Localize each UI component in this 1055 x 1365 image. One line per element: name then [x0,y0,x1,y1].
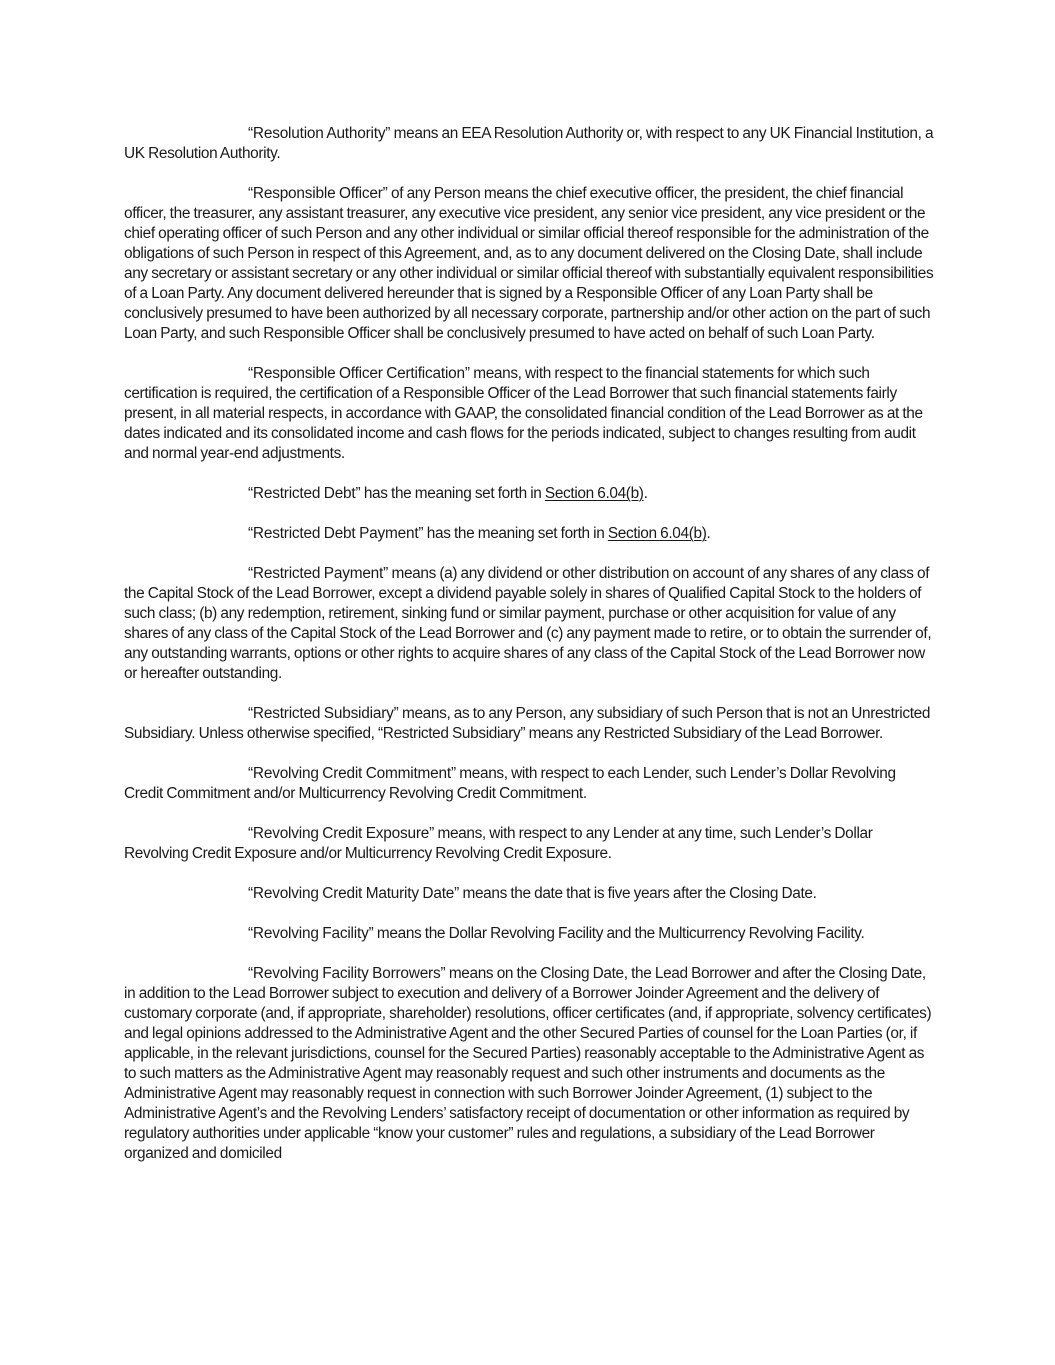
defined-term: “Revolving Facility” [248,925,374,942]
definition-text: has the meaning set forth in [423,525,608,542]
definition-text: means the date that is five years after … [459,885,816,902]
definition-revolving-credit-maturity-date: “Revolving Credit Maturity Date” means t… [124,884,934,904]
definition-resolution-authority: “Resolution Authority” means an EEA Reso… [124,124,934,164]
definition-text: means, with respect to each Lender, such… [124,765,896,802]
definition-text: means an EEA Resolution Authority or, wi… [124,125,933,162]
definition-text: means, with respect to any Lender at any… [124,825,873,862]
definition-tail: . [706,525,710,542]
defined-term: “Responsible Officer Certification” [248,365,470,382]
definition-restricted-debt-payment: “Restricted Debt Payment” has the meanin… [124,524,934,544]
definition-text: means the Dollar Revolving Facility and … [374,925,865,942]
definition-text: has the meaning set forth in [360,485,545,502]
definition-revolving-facility-borrowers: “Revolving Facility Borrowers” means on … [124,964,934,1164]
defined-term: “Resolution Authority” [248,125,390,142]
definition-restricted-payment: “Restricted Payment” means (a) any divid… [124,564,934,684]
defined-term: “Revolving Facility Borrowers” [248,965,445,982]
definition-text: of any Person means the chief executive … [124,185,933,342]
definition-revolving-facility: “Revolving Facility” means the Dollar Re… [124,924,934,944]
section-cross-reference-link[interactable]: Section 6.04(b) [608,525,707,542]
definition-restricted-debt: “Restricted Debt” has the meaning set fo… [124,484,934,504]
document-page: “Resolution Authority” means an EEA Reso… [124,124,934,1184]
definition-text: means, as to any Person, any subsidiary … [124,705,930,742]
definition-revolving-credit-exposure: “Revolving Credit Exposure” means, with … [124,824,934,864]
defined-term: “Revolving Credit Exposure” [248,825,434,842]
definition-text: means (a) any dividend or other distribu… [124,565,931,682]
definition-tail: . [644,485,648,502]
defined-term: “Restricted Payment” [248,565,388,582]
defined-term: “Restricted Debt” [248,485,360,502]
definition-restricted-subsidiary: “Restricted Subsidiary” means, as to any… [124,704,934,744]
definition-text: means, with respect to the financial sta… [124,365,923,462]
definition-text: means on the Closing Date, the Lead Borr… [124,965,931,1162]
section-cross-reference-link[interactable]: Section 6.04(b) [545,485,644,502]
definition-revolving-credit-commitment: “Revolving Credit Commitment” means, wit… [124,764,934,804]
definition-responsible-officer: “Responsible Officer” of any Person mean… [124,184,934,344]
definition-responsible-officer-certification: “Responsible Officer Certification” mean… [124,364,934,464]
defined-term: “Restricted Debt Payment” [248,525,423,542]
defined-term: “Revolving Credit Commitment” [248,765,456,782]
defined-term: “Responsible Officer” [248,185,388,202]
defined-term: “Revolving Credit Maturity Date” [248,885,459,902]
defined-term: “Restricted Subsidiary” [248,705,399,722]
